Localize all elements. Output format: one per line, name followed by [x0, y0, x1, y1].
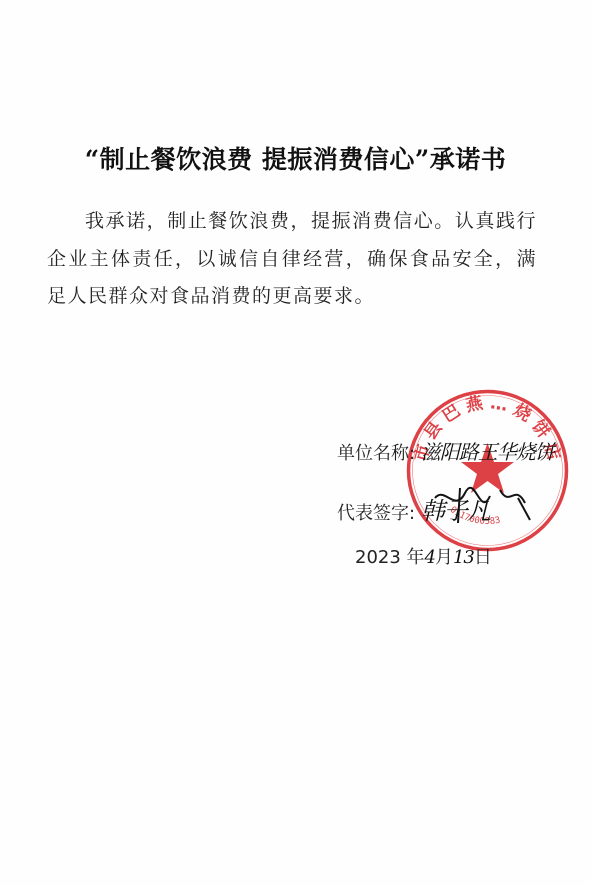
date-year: 2023 年: [355, 547, 425, 568]
unit-name-line: 单位名称: 滋阳路王华烧饼: [337, 436, 554, 465]
unit-name-label: 单位名称:: [337, 443, 415, 464]
date-line: 2023 年4月13日: [355, 543, 492, 569]
representative-label: 代表签字:: [337, 503, 415, 524]
date-day-label: 日: [474, 547, 492, 568]
representative-signature-line: 代表签字: 韩子凡: [337, 491, 490, 526]
representative-signature-handwritten: 韩子凡: [421, 497, 490, 525]
document-title: “制止餐饮浪费 提振消费信心”承诺书: [0, 140, 591, 176]
official-seal-stamp: 市 县 巴 燕 … 烧 饼 店 0117000583: [405, 388, 570, 553]
document-page: “制止餐饮浪费 提振消费信心”承诺书 我承诺，制止餐饮浪费，提振消费信心。认真践…: [0, 0, 591, 886]
commitment-paragraph: 我承诺，制止餐饮浪费，提振消费信心。认真践行企业主体责任，以诚信自律经营，确保食…: [47, 203, 537, 316]
date-day-handwritten: 13: [453, 547, 474, 568]
unit-name-handwritten: 滋阳路王华烧饼: [421, 440, 554, 464]
date-month-label: 月: [435, 547, 453, 568]
date-month-handwritten: 4: [425, 547, 435, 568]
